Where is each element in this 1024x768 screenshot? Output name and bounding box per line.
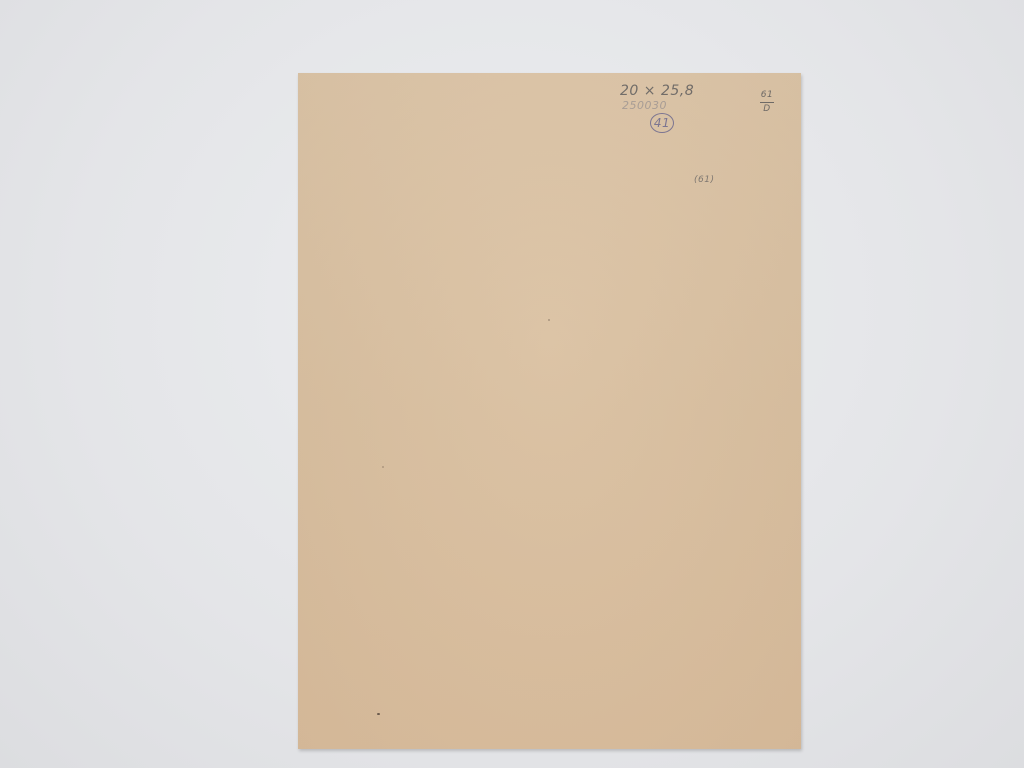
paper-speck	[377, 713, 380, 715]
fraction-bar	[760, 102, 774, 103]
fraction-bottom: D	[763, 104, 770, 114]
paper-speck	[548, 319, 550, 321]
small-mark-annotation: (61)	[694, 175, 714, 185]
paper-sheet: 20 × 25,8 250030 41 61 D (61)	[298, 73, 801, 749]
small-mark-text: 61	[698, 175, 710, 185]
fraction-top: 61	[761, 90, 773, 100]
circled-number-annotation: 41	[650, 113, 674, 133]
paper-speck	[382, 466, 384, 468]
dimensions-annotation: 20 × 25,8	[620, 83, 694, 99]
fraction-annotation: 61 D	[760, 90, 774, 115]
code-annotation: 250030	[622, 99, 667, 112]
